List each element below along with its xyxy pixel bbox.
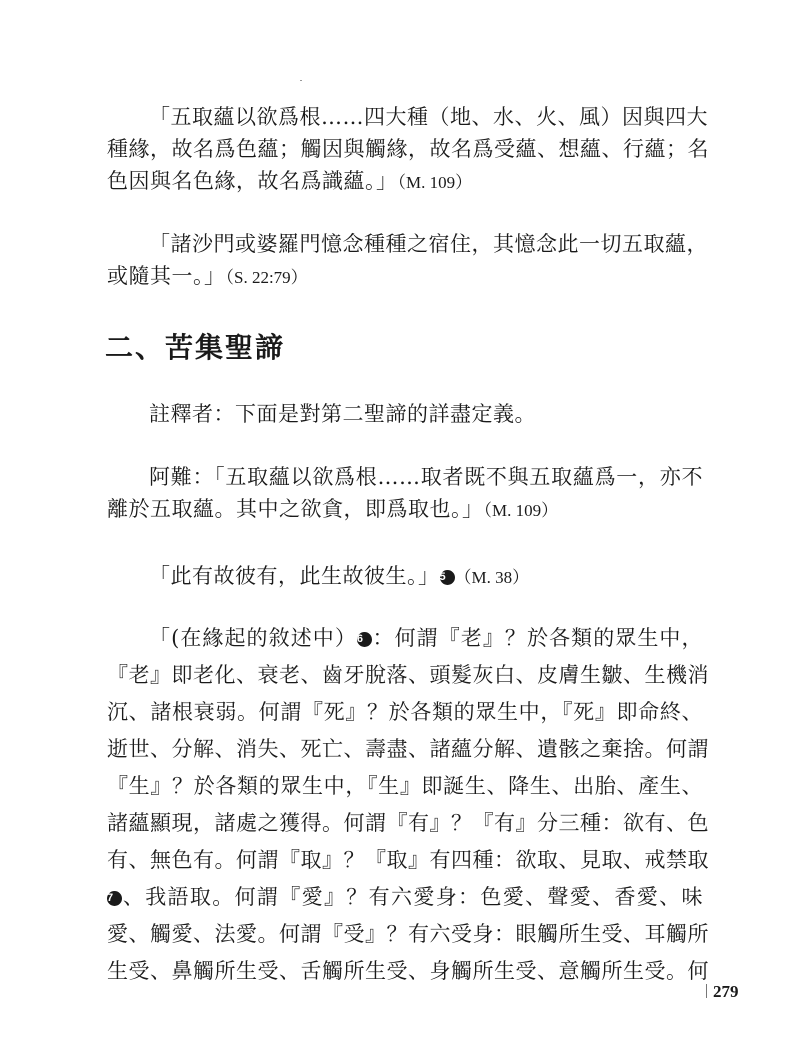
text-line: 「諸沙門或婆羅門憶念種種之宿住，其憶念此一切五取蘊， <box>149 228 703 258</box>
text-line: 『老』即老化、衰老、齒牙脫落、頭髮灰白、皮膚生皺、生機消 <box>107 659 703 689</box>
book-page: 「五取蘊以欲爲根……四大種（地、水、火、風）因與四大 種緣，故名爲色蘊；觸因與觸… <box>0 0 792 1056</box>
text-span: 色因與名色緣，故名爲識蘊。」 <box>107 169 398 193</box>
section-heading: 二、苦集聖諦 <box>105 326 285 366</box>
text-line: 沉、諸根衰弱。何謂『死』？於各類的眾生中，『死』即命終、 <box>107 696 703 726</box>
page-number: 279 <box>706 982 739 1002</box>
text-line: 7、我語取。何謂『愛』？有六愛身：色愛、聲愛、香愛、味 <box>107 881 703 911</box>
page-number-rule <box>706 984 707 998</box>
text-line: 「(在緣起的敘述中）6：何謂『老』？於各類的眾生中， <box>149 622 703 652</box>
text-line: 或隨其一。」（S. 22:79） <box>107 260 703 290</box>
print-speck <box>300 80 302 81</box>
citation: （M. 38） <box>455 568 530 587</box>
text-span: 「此有故彼有，此生故彼生。」 <box>149 564 440 588</box>
text-span: ：何謂『老』？於各類的眾生中， <box>372 626 703 650</box>
text-line: 生受、鼻觸所生受、舌觸所生受、身觸所生受、意觸所生受。何 <box>107 955 703 985</box>
text-span: 或隨其一。」 <box>107 264 226 288</box>
citation: （M. 109） <box>398 173 473 192</box>
text-line: 色因與名色緣，故名爲識蘊。」（M. 109） <box>107 165 703 195</box>
text-line: 有、無色有。何謂『取』？『取』有四種：欲取、見取、戒禁取 <box>107 844 703 874</box>
footnote-marker[interactable]: 5 <box>440 570 455 585</box>
text-line: 「此有故彼有，此生故彼生。」5（M. 38） <box>149 560 703 590</box>
commentary-line: 註釋者：下面是對第二聖諦的詳盡定義。 <box>149 398 703 428</box>
text-line: 逝世、分解、消失、死亡、壽盡、諸蘊分解、遺骸之棄捨。何謂 <box>107 733 703 763</box>
text-line: 『生』？於各類的眾生中，『生』即誕生、降生、出胎、產生、 <box>107 770 703 800</box>
text-line: 種緣，故名爲色蘊；觸因與觸緣，故名爲受蘊、想蘊、行蘊；名 <box>107 133 703 163</box>
text-span: 離於五取蘊。其中之欲貪，即爲取也。」 <box>107 497 484 521</box>
text-span: 「(在緣起的敘述中） <box>149 626 357 650</box>
citation: （S. 22:79） <box>226 268 308 287</box>
text-line: 離於五取蘊。其中之欲貪，即爲取也。」（M. 109） <box>107 493 703 523</box>
text-line: 諸蘊顯現，諸處之獲得。何謂『有』？『有』分三種：欲有、色 <box>107 807 703 837</box>
footnote-marker[interactable]: 7 <box>107 891 122 906</box>
footnote-marker[interactable]: 6 <box>357 632 372 647</box>
text-line: 愛、觸愛、法愛。何謂『受』？有六受身：眼觸所生受、耳觸所 <box>107 918 703 948</box>
text-line: 阿難：「五取蘊以欲爲根……取者既不與五取蘊爲一，亦不 <box>149 461 703 491</box>
text-span: 、我語取。何謂『愛』？有六愛身：色愛、聲愛、香愛、味 <box>122 885 703 909</box>
text-line: 「五取蘊以欲爲根……四大種（地、水、火、風）因與四大 <box>149 101 703 131</box>
citation: （M. 109） <box>484 501 559 520</box>
page-number-value: 279 <box>713 982 739 1001</box>
